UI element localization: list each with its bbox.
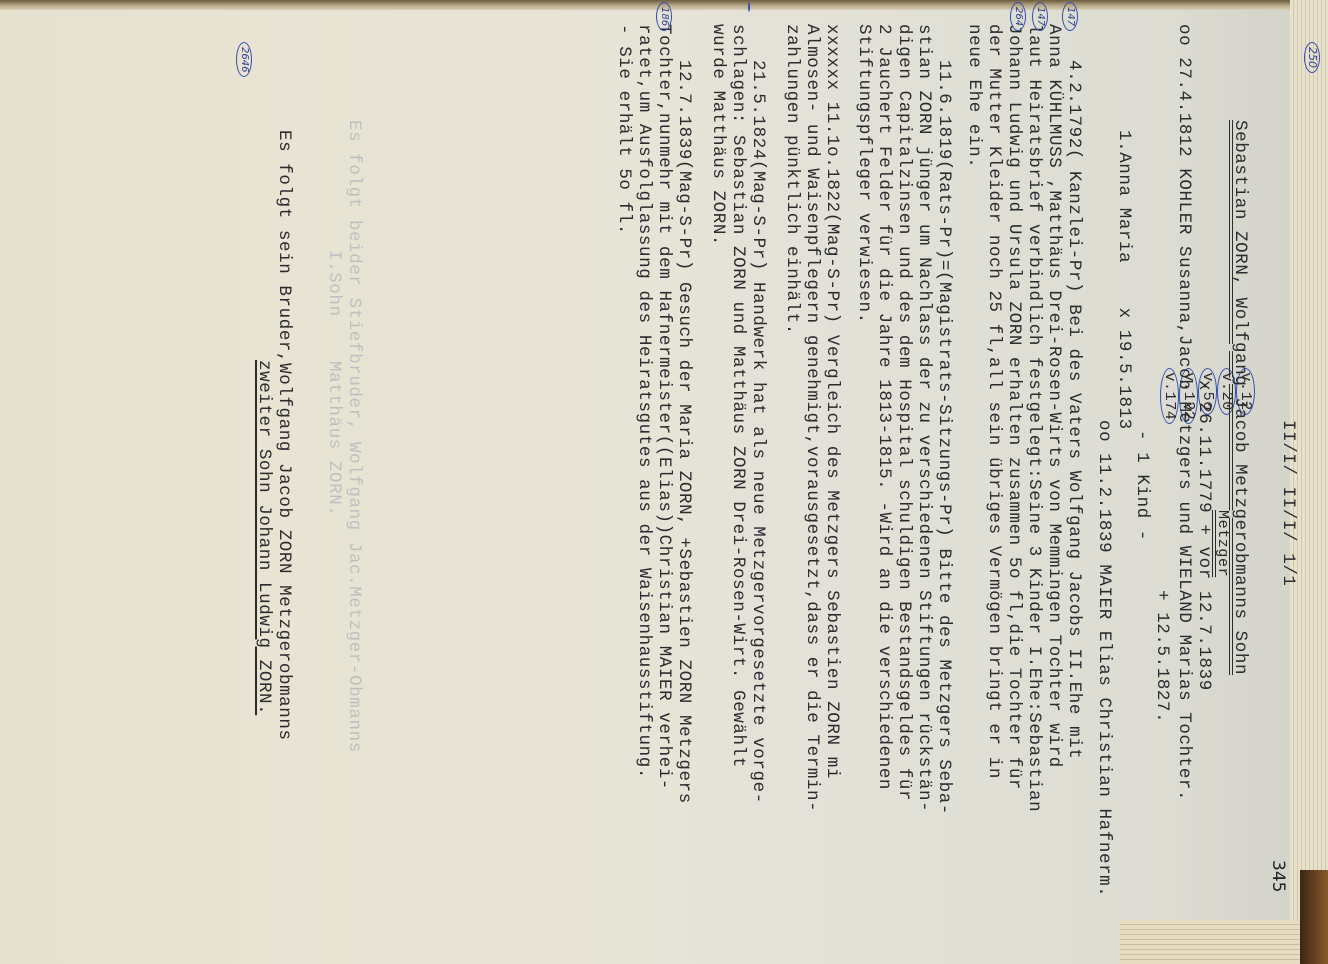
footer-line-1: Es folgt sein Bruder,Wolfgang Jacob ZORN…	[275, 130, 293, 741]
entry-2-line-1: Almosen- und Waisenpflegern genehmigt,vo…	[803, 24, 821, 812]
margin-note: 264	[1010, 2, 1026, 31]
marriage-line: oo 27.4.1812 KOHLER Susanna,Jacob Metzge…	[1175, 24, 1193, 801]
entry-0-line-2: Johann Ludwig und Ursula ZORN erhalten z…	[1005, 24, 1023, 790]
entry-2-line-2: zahlungen pünktlich einhält.	[783, 24, 801, 335]
entry-3-line-2: wurde Matthäus ZORN.	[709, 24, 727, 246]
margin-note	[748, 2, 750, 12]
entry-4-line-2: ratet,um Ausfolglassung des Heiratsgutes…	[635, 24, 653, 779]
child-count: - 1 Kind -	[1133, 430, 1151, 541]
circled-page-note: 250	[1304, 42, 1320, 73]
entry-1-line-2: digen Capitalzinsen und des dem Hospital…	[895, 24, 913, 801]
circled-bottom-note: 2646	[236, 42, 252, 77]
entry-2-line-0: xxxxxx 11.1o.1822(Mag-S-Pr) Vergleich de…	[823, 24, 841, 779]
entry-4-line-3: - Sie erhält 5o fl.	[615, 24, 633, 235]
entry-0-line-4: neue Ehe ein.	[965, 24, 983, 168]
occupation: Metzger	[1215, 510, 1230, 577]
bleed-through-line-1: Es folgt beider Stiefbruder, Wolfgang Ja…	[345, 120, 363, 753]
entry-0-heading: 4.2.1792( Kanzlei-Pr) Bei des Vaters Wol…	[1065, 60, 1083, 759]
page-number: 345	[1268, 860, 1288, 892]
entry-1-line-1: stian ZORN jünger um Nachlass der zu ver…	[915, 24, 933, 812]
person-name-line: Sebastian ZORN, Wolfgang Jacob Metzgerob…	[1231, 120, 1249, 675]
header-ref: II/I/ II/I/ 1/1	[1279, 420, 1297, 587]
entry-0-line-1: laut Heiratsbrief verbindlich festgelegt…	[1025, 24, 1043, 812]
entry-4-line-1: Tochter,nunmehr mit dem Hafnermeister((E…	[655, 24, 673, 790]
wife-death: + 12.5.1827.	[1153, 590, 1171, 723]
footer-line-2: zweiter Sohn Johann Ludwig ZORN.	[255, 360, 273, 715]
entry-1-line-0: 11.6.1819(Rats-Pr)=(Magistrats-Sitzungs-…	[935, 60, 953, 815]
rotated-document: II/I/ II/I/ 1/1 345 250 v.12 v.20 v.5o v…	[0, 0, 1328, 964]
entry-4-line-0: 12.7.1839(Mag-S-Pr) Gesuch der Maria ZOR…	[675, 60, 693, 804]
entry-1-line-3: 2 Jauchert Felder für die Jahre 1813-181…	[875, 24, 893, 790]
entry-1-line-4: Stiftungspfleger verwiesen.	[855, 24, 873, 324]
margin-note: 186	[656, 2, 672, 31]
bleed-through-line-2: I.Sohn Matthäus ZORN.	[325, 250, 343, 516]
margin-note: 147	[1062, 2, 1078, 31]
entry-0-line-0: Anna KÜHLMUSS ,Matthäus Drei-Rosen-Wirts…	[1045, 24, 1063, 768]
child-marriage: oo 11.2.1839 MAIER Elias Christian Hafne…	[1095, 420, 1113, 897]
birth-death-line: x 26.11.1779 + vor 12.7.1839	[1195, 380, 1213, 691]
entry-3-line-1: schlagen: Sebastian ZORN und Matthäus ZO…	[729, 24, 747, 768]
margin-note: 147	[1032, 2, 1048, 31]
entry-3-line-0: 21.5.1824(Mag-S-Pr) Handwerk hat als neu…	[749, 60, 767, 804]
child-line: 1.Anna Maria x 19.5.1813	[1115, 130, 1133, 430]
entry-0-line-3: der Mutter Kleider noch 25 fl,all sein ü…	[985, 24, 1003, 779]
